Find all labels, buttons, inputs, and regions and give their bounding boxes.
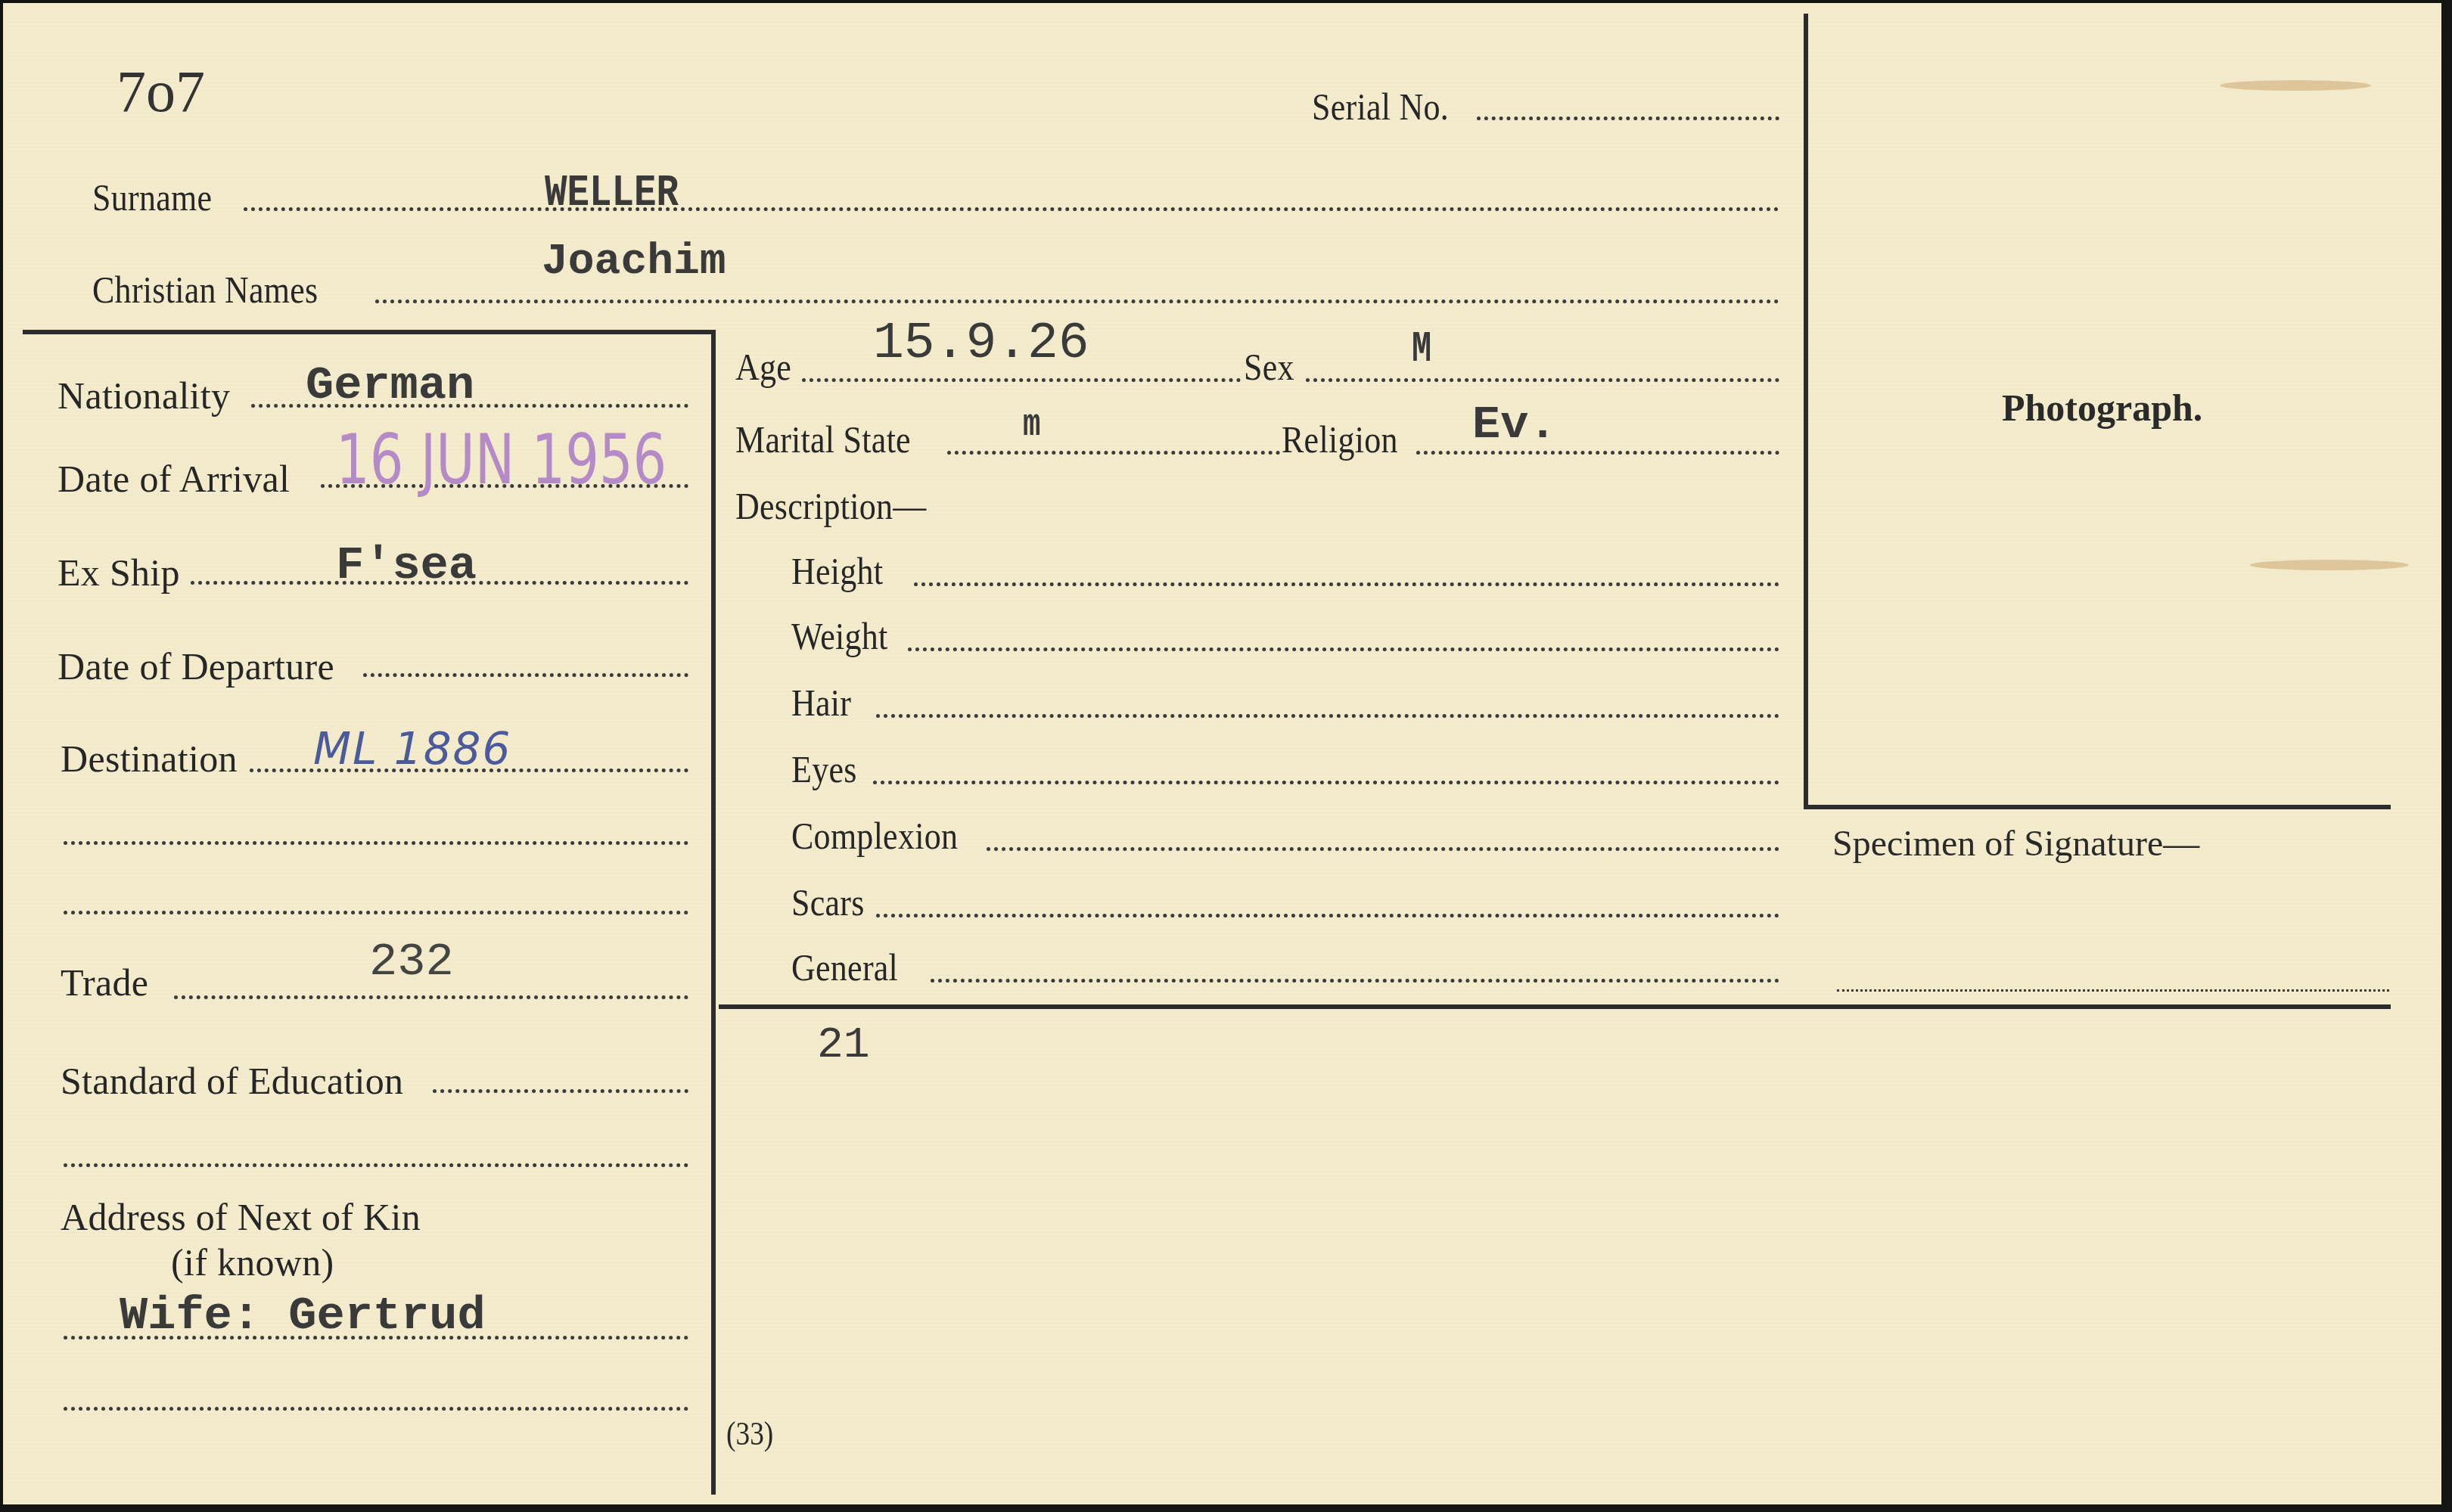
serial-no-label: Serial No.: [1312, 85, 1449, 129]
surname-label: Surname: [92, 175, 212, 219]
nationality-label: Nationality: [57, 374, 230, 418]
age-field[interactable]: [802, 378, 1241, 382]
complexion-label: Complexion: [791, 814, 958, 858]
standard-of-education-field[interactable]: [433, 1089, 688, 1093]
form-code: (33): [726, 1414, 773, 1453]
file-number: 7o7: [117, 57, 205, 126]
footer-number: 21: [817, 1021, 870, 1070]
age-label: Age: [735, 345, 791, 389]
ex-ship-value: F'sea: [336, 539, 477, 592]
standard-of-education-label: Standard of Education: [61, 1059, 403, 1103]
hair-label: Hair: [791, 681, 851, 725]
religion-value: Ev.: [1472, 398, 1557, 452]
christian-names-field[interactable]: [375, 300, 1779, 303]
religion-field[interactable]: [1416, 451, 1779, 455]
general-label: General: [791, 945, 898, 989]
general-field[interactable]: [931, 979, 1779, 983]
left-column-divider: [711, 330, 716, 1495]
signature-label: Specimen of Signature—: [1832, 823, 2199, 865]
christian-names-label: Christian Names: [92, 268, 318, 312]
eyes-label: Eyes: [791, 747, 857, 791]
nationality-value: German: [306, 359, 474, 412]
sex-field[interactable]: [1306, 378, 1779, 382]
trade-field[interactable]: [174, 995, 688, 999]
weight-field[interactable]: [908, 647, 1779, 651]
weight-label: Weight: [791, 614, 888, 658]
next-of-kin-sublabel: (if known): [171, 1240, 334, 1284]
arrival-date-stamp: 16 JUN 1956: [336, 421, 667, 500]
photo-box-left-border: [1804, 14, 1808, 809]
marital-state-value: m: [1023, 402, 1040, 447]
trade-label: Trade: [61, 961, 148, 1004]
age-value: 15.9.26: [873, 315, 1089, 373]
education-extra-line[interactable]: [64, 1163, 688, 1167]
religion-label: Religion: [1282, 418, 1398, 461]
destination-extra-line-2[interactable]: [64, 911, 688, 914]
scars-label: Scars: [791, 880, 865, 924]
destination-value: ML 1886: [313, 723, 511, 775]
date-of-arrival-label: Date of Arrival: [57, 457, 290, 501]
eyes-field[interactable]: [873, 781, 1779, 784]
sex-label: Sex: [1244, 345, 1294, 389]
sex-value: M: [1412, 325, 1431, 374]
next-of-kin-extra-line[interactable]: [64, 1407, 688, 1411]
registration-card: 7o7 Serial No. Surname WELLER Christian …: [3, 3, 2441, 1504]
trade-value: 232: [369, 935, 454, 989]
marital-state-label: Marital State: [735, 418, 911, 461]
surname-value: WELLER: [545, 168, 679, 219]
serial-no-field[interactable]: [1477, 116, 1779, 120]
photograph-label: Photograph.: [2002, 386, 2202, 430]
photograph-placeholder[interactable]: Photograph.: [1811, 15, 2391, 802]
next-of-kin-label: Address of Next of Kin: [61, 1195, 421, 1239]
height-label: Height: [791, 549, 883, 593]
description-label: Description—: [735, 484, 926, 528]
complexion-field[interactable]: [987, 847, 1779, 851]
rust-stain: [2220, 80, 2371, 91]
scars-field[interactable]: [876, 914, 1779, 917]
top-left-divider: [23, 330, 716, 334]
photo-box-bottom-border: [1804, 805, 2391, 809]
height-field[interactable]: [914, 582, 1779, 586]
destination-extra-line-1[interactable]: [64, 841, 688, 845]
date-of-departure-label: Date of Departure: [57, 644, 334, 688]
marital-state-field[interactable]: [947, 451, 1280, 455]
destination-label: Destination: [61, 737, 238, 781]
signature-field[interactable]: [1837, 989, 2389, 992]
description-bottom-divider: [719, 1004, 2391, 1009]
christian-names-value: Joachim: [542, 238, 726, 287]
hair-field[interactable]: [876, 714, 1779, 718]
rust-stain: [2250, 560, 2409, 570]
date-of-departure-field[interactable]: [363, 673, 688, 677]
surname-field[interactable]: [244, 207, 1779, 211]
next-of-kin-value: Wife: Gertrud: [120, 1289, 486, 1343]
ex-ship-label: Ex Ship: [57, 551, 180, 595]
